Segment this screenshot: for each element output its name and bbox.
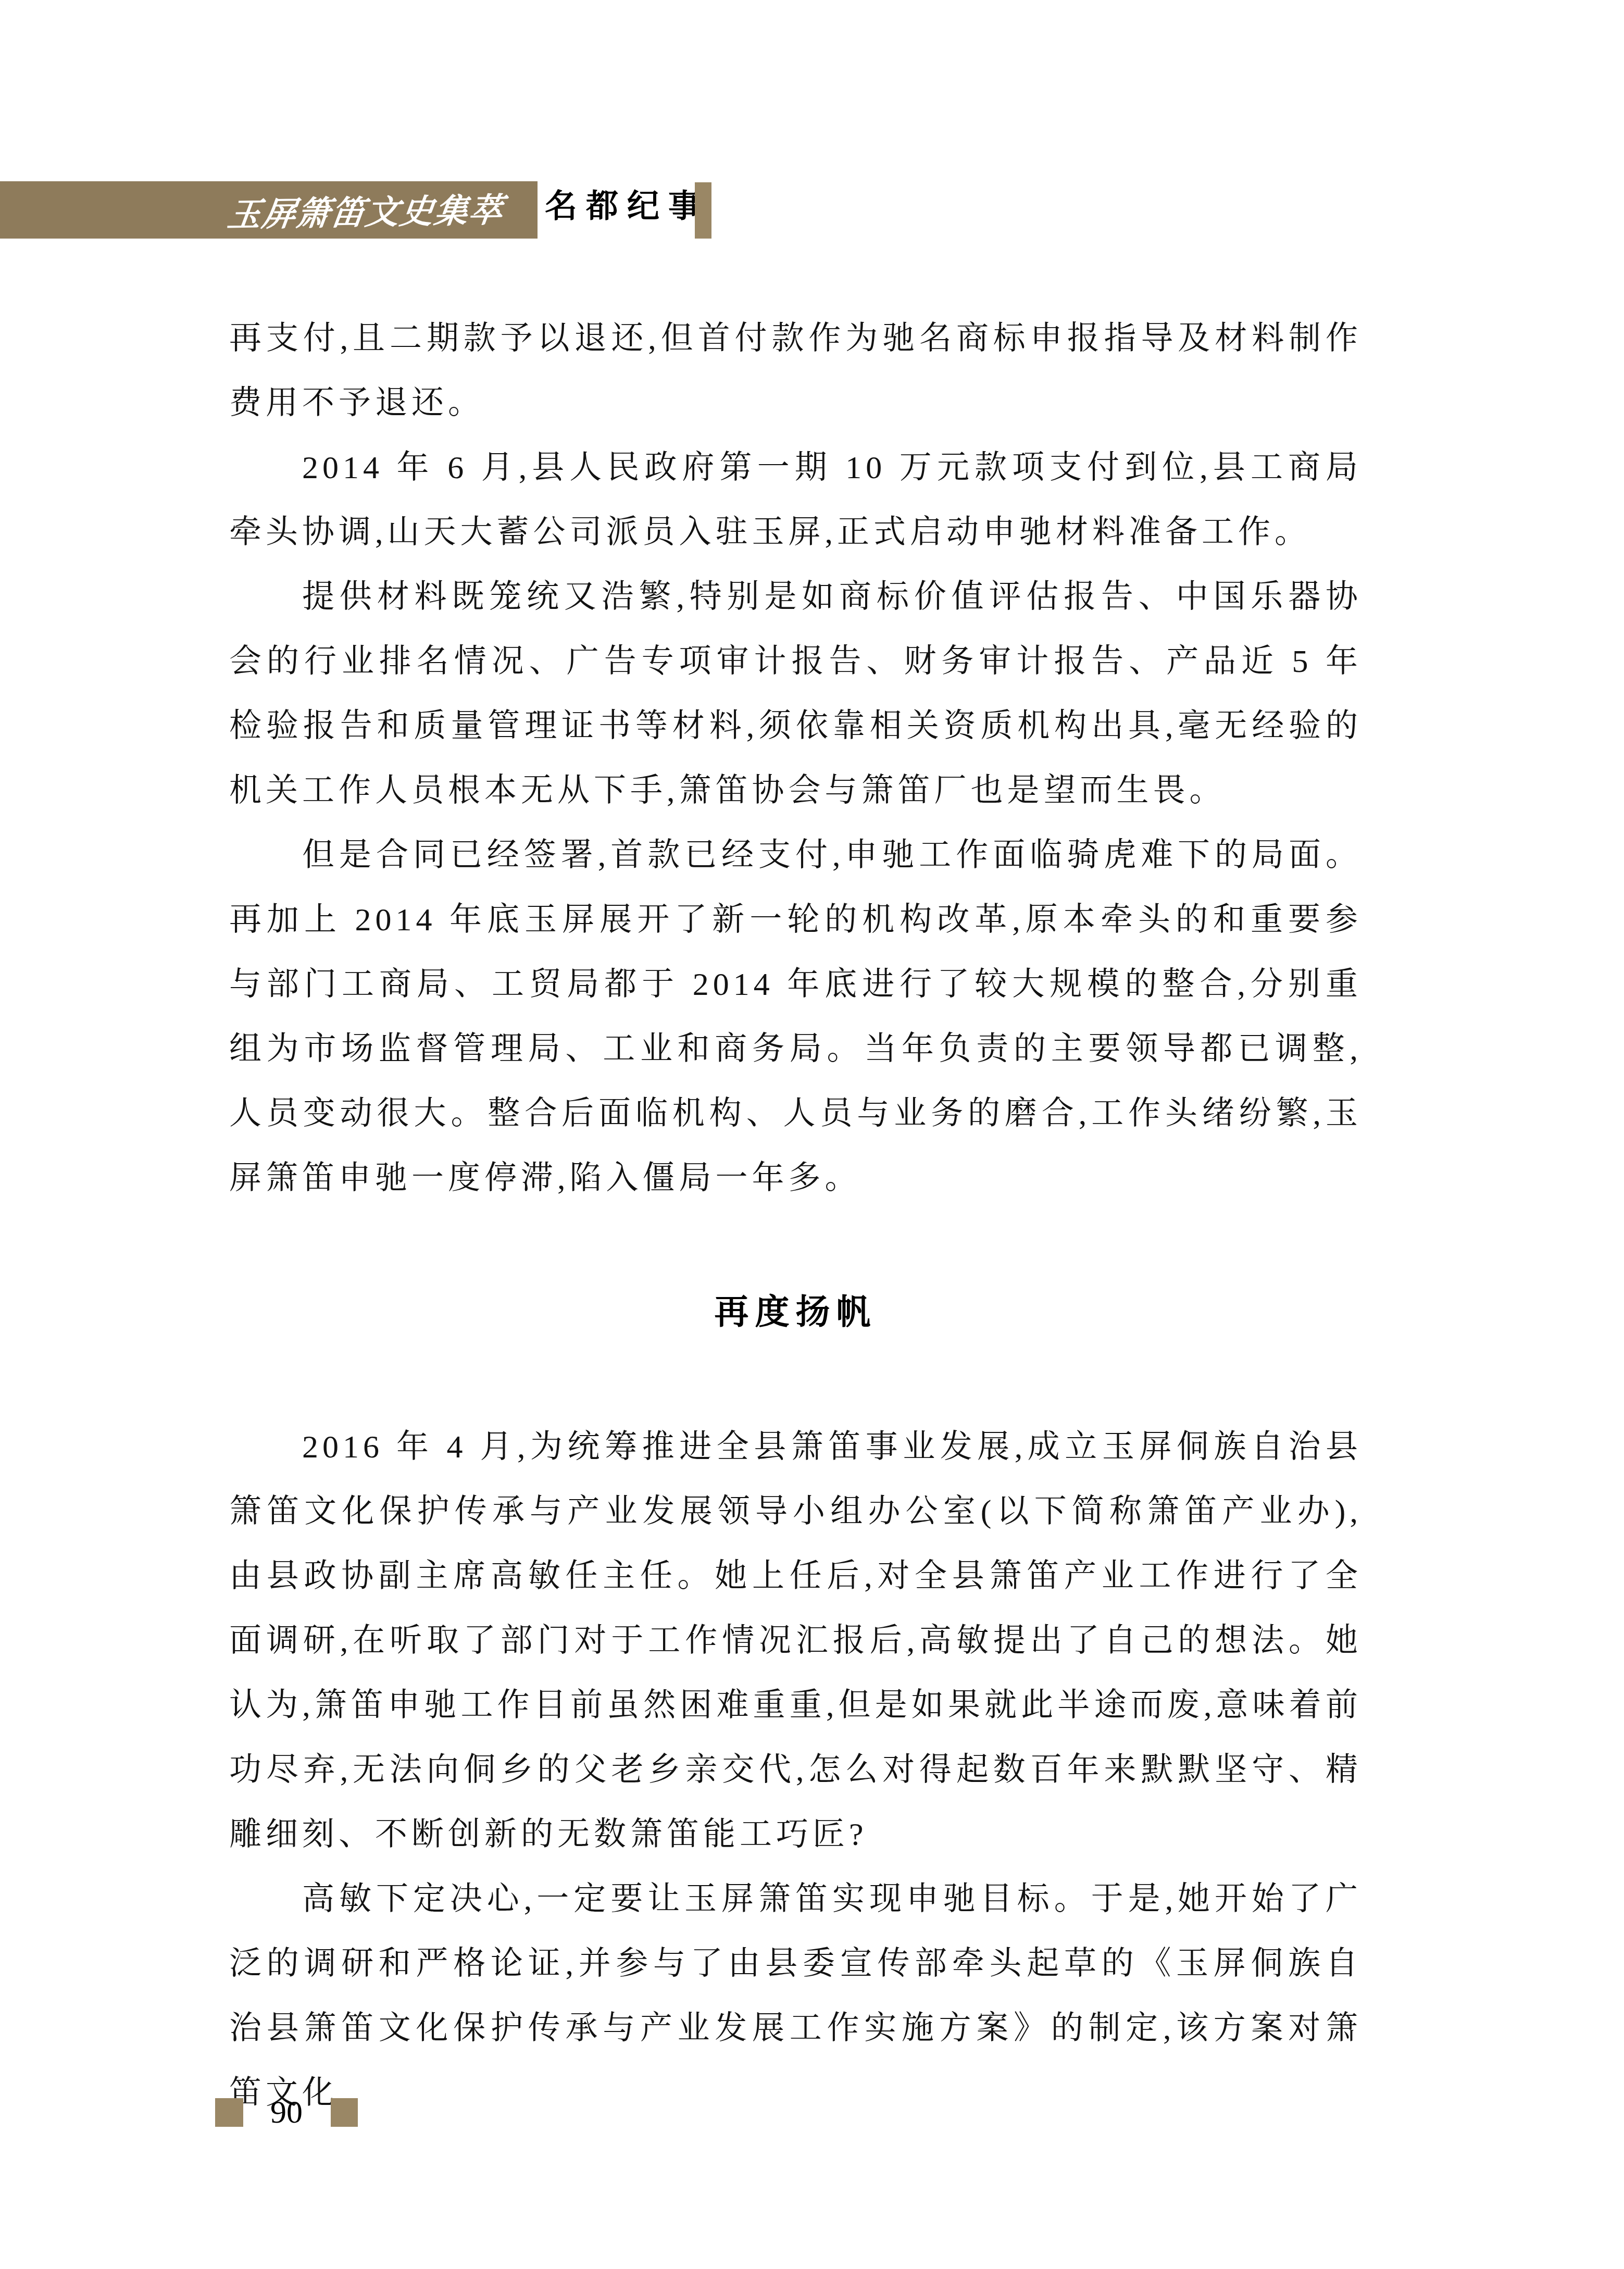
book-page: 玉屏箫笛文史集萃 名都纪事 再支付,且二期款予以退还,但首付款作为驰名商标申报指…	[0, 0, 1624, 2269]
footer-square-left	[215, 2098, 243, 2127]
body-paragraph: 高敏下定决心,一定要让玉屏箫笛实现申驰目标。于是,她开始了广泛的调研和严格论证,…	[229, 1867, 1362, 2125]
page-number: 90	[253, 2095, 320, 2129]
chapter-series-title: 名都纪事	[545, 191, 709, 223]
body-paragraph: 2014 年 6 月,县人民政府第一期 10 万元款项支付到位,县工商局牵头协调…	[229, 435, 1362, 565]
body-paragraph: 但是合同已经签署,首款已经支付,申驰工作面临骑虎难下的局面。再加上 2014 年…	[229, 823, 1362, 1211]
header-accent-bar	[695, 182, 711, 239]
footer-square-right	[331, 2098, 358, 2127]
body-paragraph: 提供材料既笼统又浩繁,特别是如商标价值评估报告、中国乐器协会的行业排名情况、广告…	[229, 565, 1362, 823]
body-text: 再支付,且二期款予以退还,但首付款作为驰名商标申报指导及材料制作费用不予退还。 …	[229, 306, 1362, 2125]
section-heading: 再度扬帆	[229, 1280, 1362, 1345]
body-paragraph: 再支付,且二期款予以退还,但首付款作为驰名商标申报指导及材料制作费用不予退还。	[229, 306, 1362, 435]
body-paragraph: 2016 年 4 月,为统筹推进全县箫笛事业发展,成立玉屏侗族自治县箫笛文化保护…	[229, 1415, 1362, 1867]
book-calligraphy-title: 玉屏箫笛文史集萃	[220, 181, 511, 239]
